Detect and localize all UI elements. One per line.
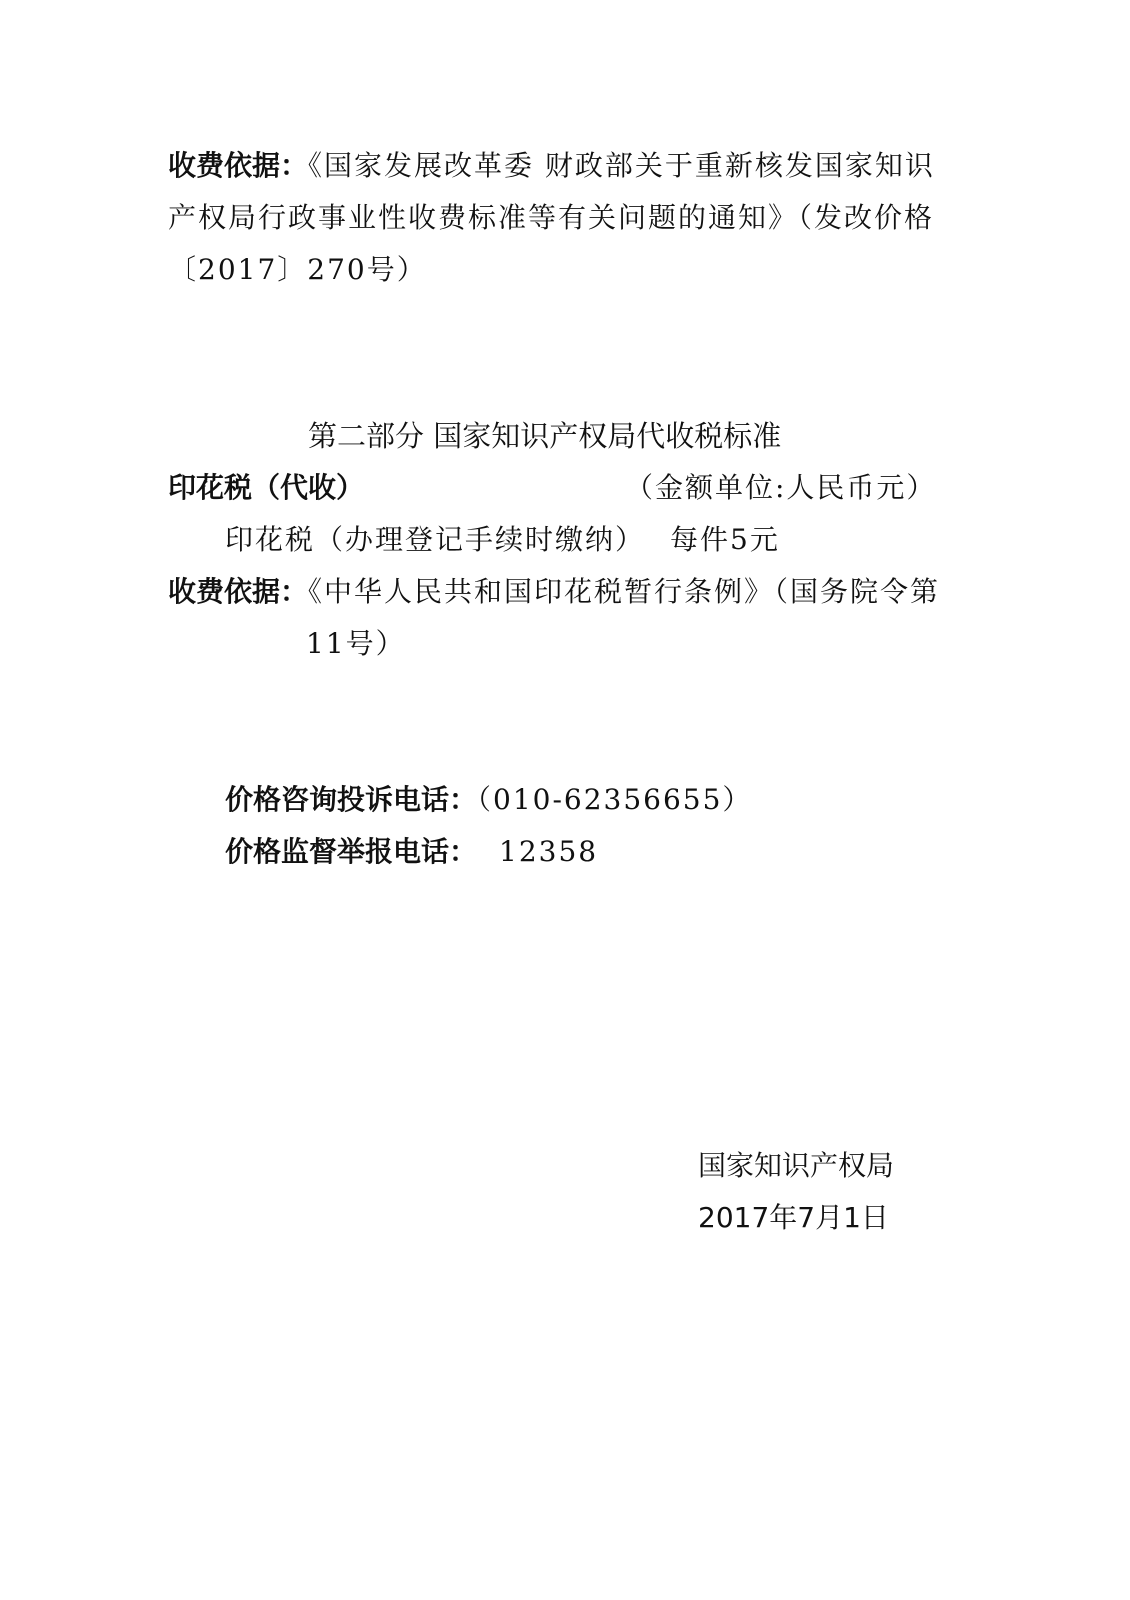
- report-phone-label: 价格监督举报电话：: [225, 835, 477, 868]
- report-phone-value: 12358: [499, 835, 598, 868]
- tax-basis-label: 收费依据：: [168, 575, 308, 608]
- tax-basis-line-2: 11号）: [306, 626, 406, 662]
- consult-phone-label: 价格咨询投诉电话：: [225, 783, 477, 816]
- fee-basis-label: 收费依据：: [168, 149, 308, 182]
- fee-basis-line-3: 〔2017〕270号）: [168, 252, 427, 288]
- fee-basis-text: 《国家发展改革委 财政部关于重新核发国家知识: [308, 149, 935, 182]
- consult-phone-value: （010-62356655）: [477, 783, 752, 816]
- tax-category: 印花税（代收）: [168, 470, 364, 506]
- report-phone-line: 价格监督举报电话：12358: [225, 834, 598, 870]
- section-title: 第二部分 国家知识产权局代收税标准: [308, 418, 781, 454]
- tax-basis-line-1: 收费依据：《中华人民共和国印花税暂行条例》（国务院令第: [168, 574, 940, 610]
- signature-org: 国家知识产权局: [698, 1148, 894, 1184]
- signature-date: 2017年7月1日: [698, 1200, 889, 1236]
- unit-note: （金额单位:人民币元）: [625, 470, 936, 506]
- tax-item-name: 印花税（办理登记手续时缴纳）: [225, 522, 645, 558]
- tax-item-fee: 每件5元: [670, 522, 780, 558]
- consult-phone-line: 价格咨询投诉电话：（010-62356655）: [225, 782, 752, 818]
- tax-basis-text: 《中华人民共和国印花税暂行条例》（国务院令第: [308, 575, 940, 608]
- fee-basis-line-1: 收费依据：《国家发展改革委 财政部关于重新核发国家知识: [168, 148, 935, 184]
- fee-basis-line-2: 产权局行政事业性收费标准等有关问题的通知》（发改价格: [168, 200, 934, 236]
